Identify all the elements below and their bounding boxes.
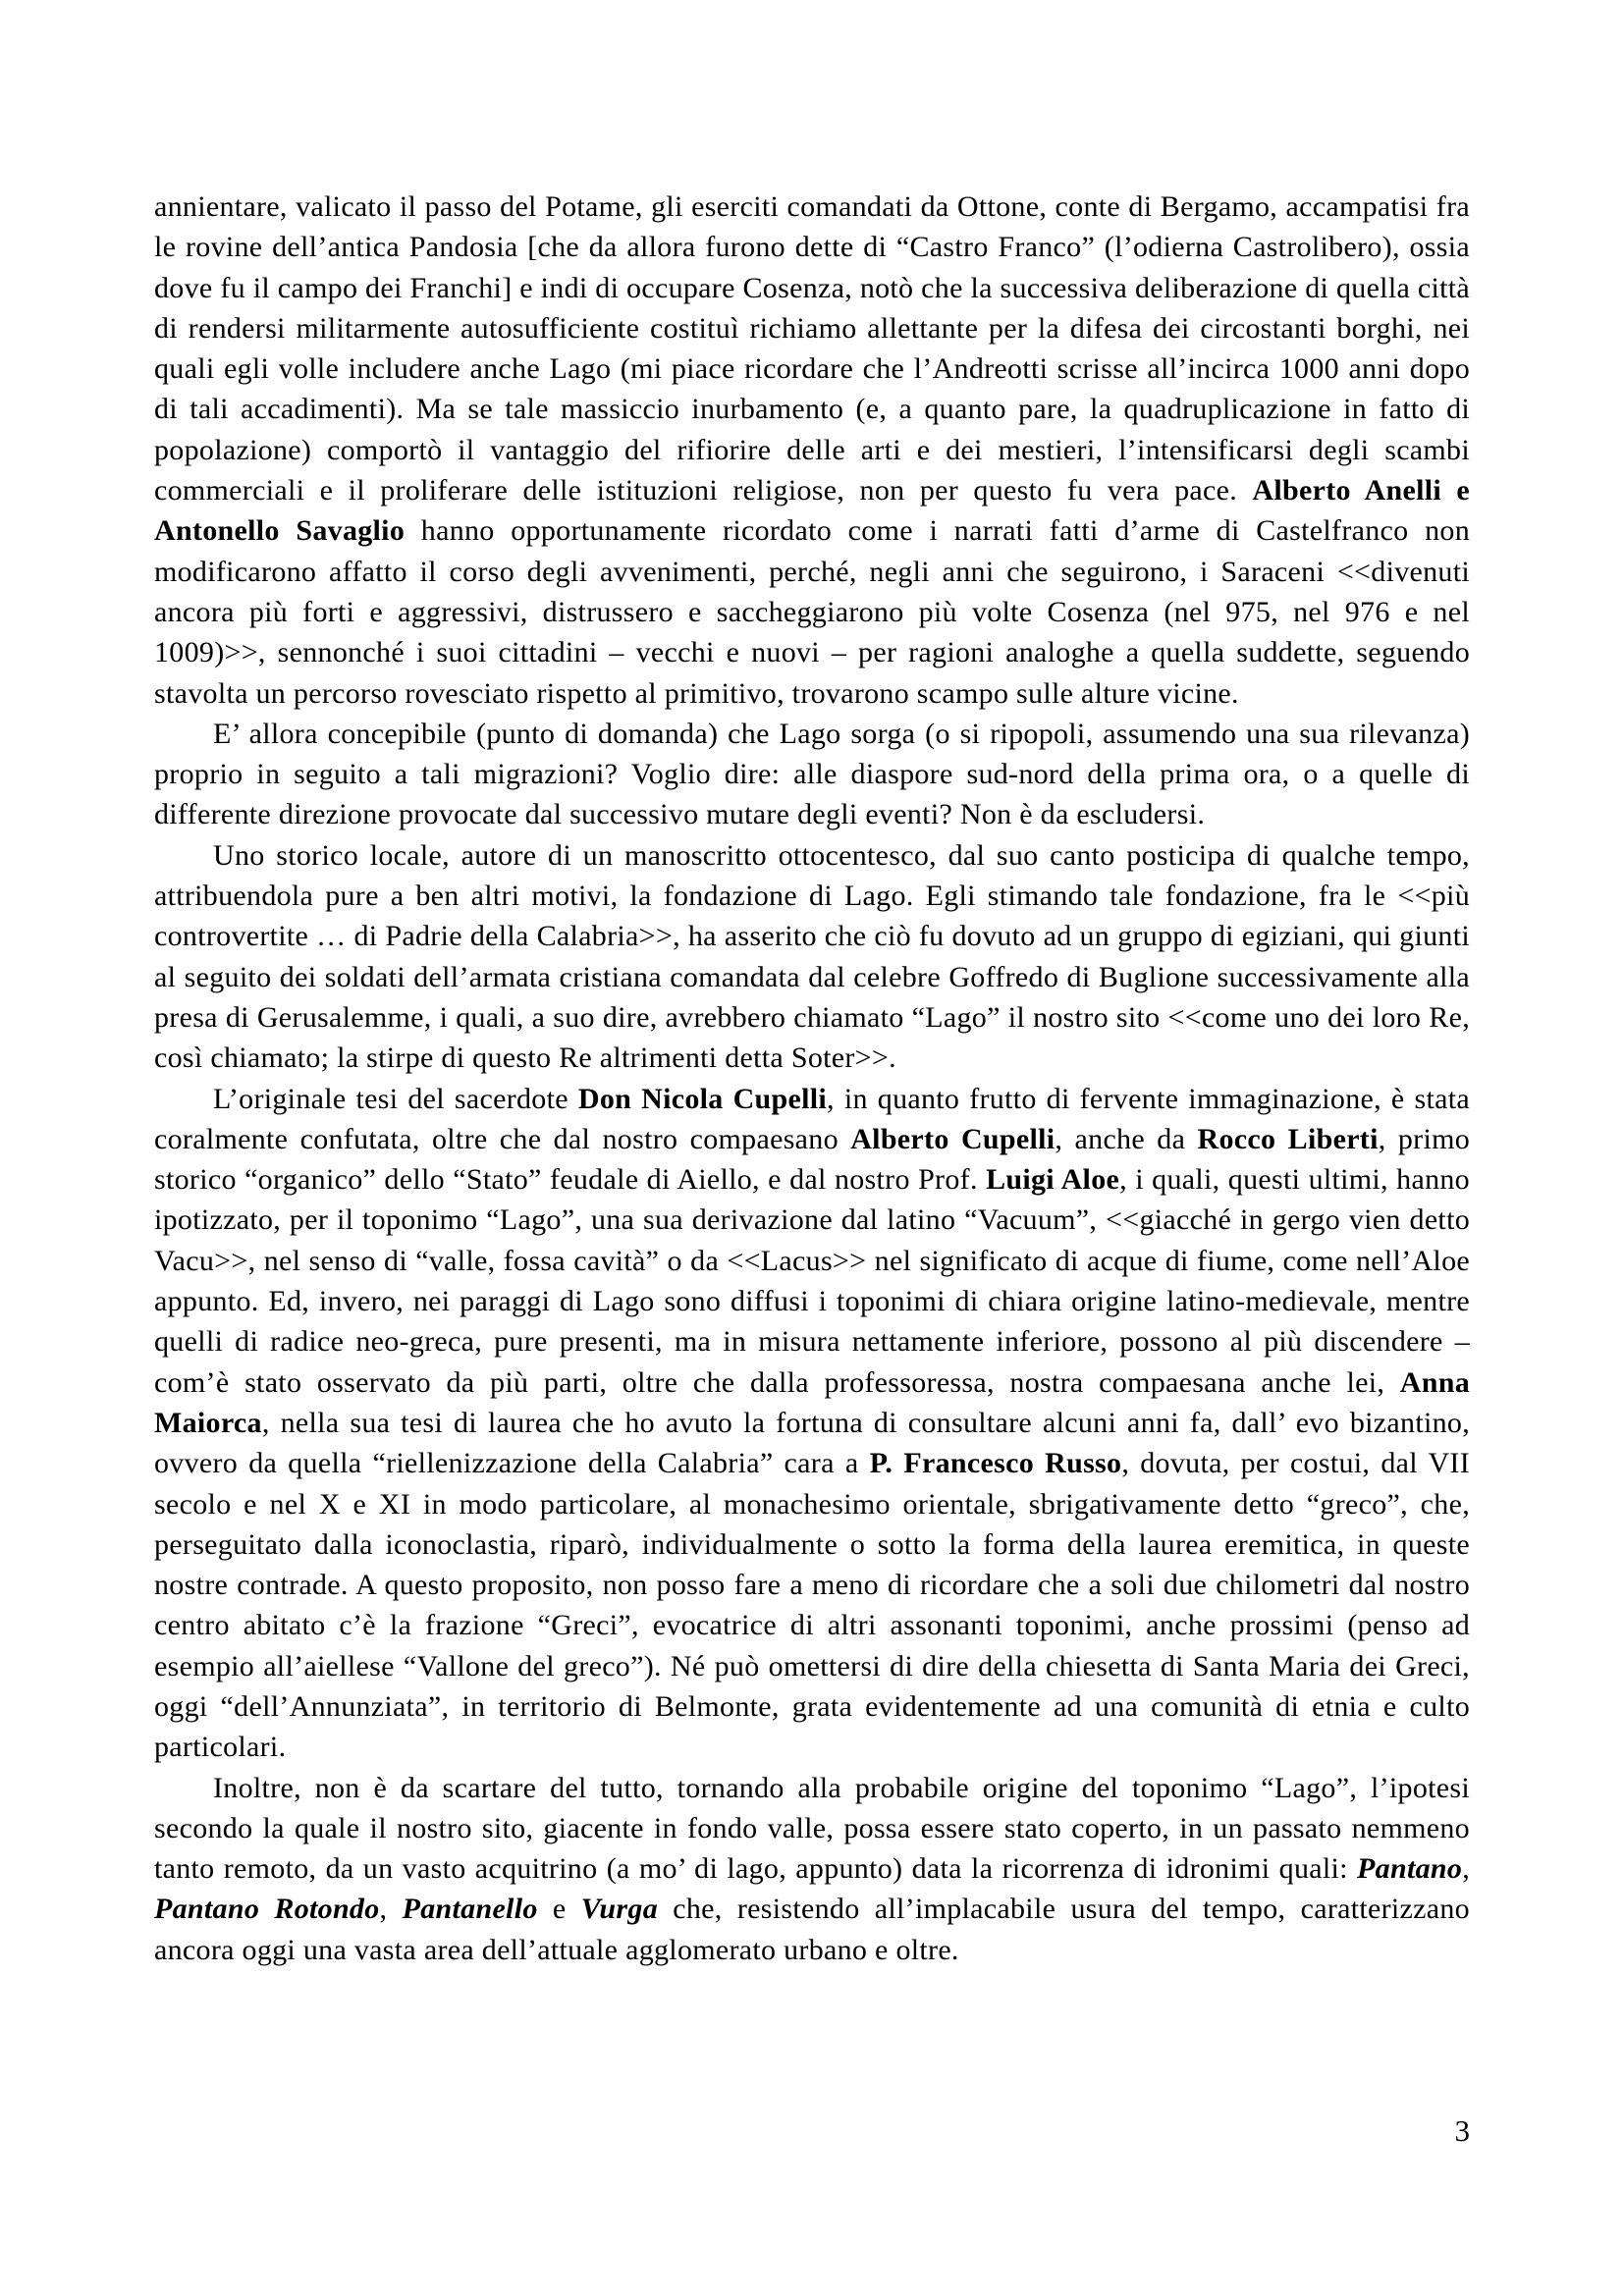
text-run: Vurga (581, 1893, 658, 1925)
text-run: e (538, 1893, 581, 1925)
paragraph: E’ allora concepibile (punto di domanda)… (154, 714, 1470, 835)
text-run: Don Nicola Cupelli (578, 1083, 827, 1115)
document-body: annientare, valicato il passo del Potame… (154, 187, 1470, 1970)
text-run: annientare, valicato il passo del Potame… (154, 190, 1470, 507)
text-run: Rocco Liberti (1198, 1123, 1379, 1155)
paragraph: Uno storico locale, autore di un manoscr… (154, 835, 1470, 1079)
text-run: Inoltre, non è da scartare del tutto, to… (154, 1772, 1470, 1886)
page-number: 3 (154, 2110, 1470, 2151)
paragraph: Inoltre, non è da scartare del tutto, to… (154, 1768, 1470, 1970)
text-run: , dovuta, per costui, dal VII secolo e n… (154, 1447, 1470, 1763)
text-run: , anche da (1055, 1123, 1197, 1155)
text-run: , i quali, questi ultimi, hanno ipotizza… (154, 1163, 1470, 1398)
text-run: , (1462, 1852, 1470, 1885)
document-page: annientare, valicato il passo del Potame… (0, 0, 1624, 2296)
paragraph-list: annientare, valicato il passo del Potame… (154, 187, 1470, 1970)
text-run: , (380, 1893, 403, 1925)
text-run: Alberto Cupelli (850, 1123, 1055, 1155)
text-run: Pantanello (403, 1893, 538, 1925)
paragraph: annientare, valicato il passo del Potame… (154, 187, 1470, 714)
text-run: Luigi Aloe (986, 1163, 1119, 1196)
text-run: E’ allora concepibile (punto di domanda)… (154, 718, 1470, 831)
text-run: Pantano Rotondo (154, 1893, 380, 1925)
text-run: Pantano (1357, 1852, 1462, 1885)
text-run: Uno storico locale, autore di un manoscr… (154, 839, 1470, 1074)
text-run: L’originale tesi del sacerdote (213, 1083, 578, 1115)
text-run: P. Francesco Russo (870, 1447, 1122, 1479)
paragraph: L’originale tesi del sacerdote Don Nicol… (154, 1079, 1470, 1768)
